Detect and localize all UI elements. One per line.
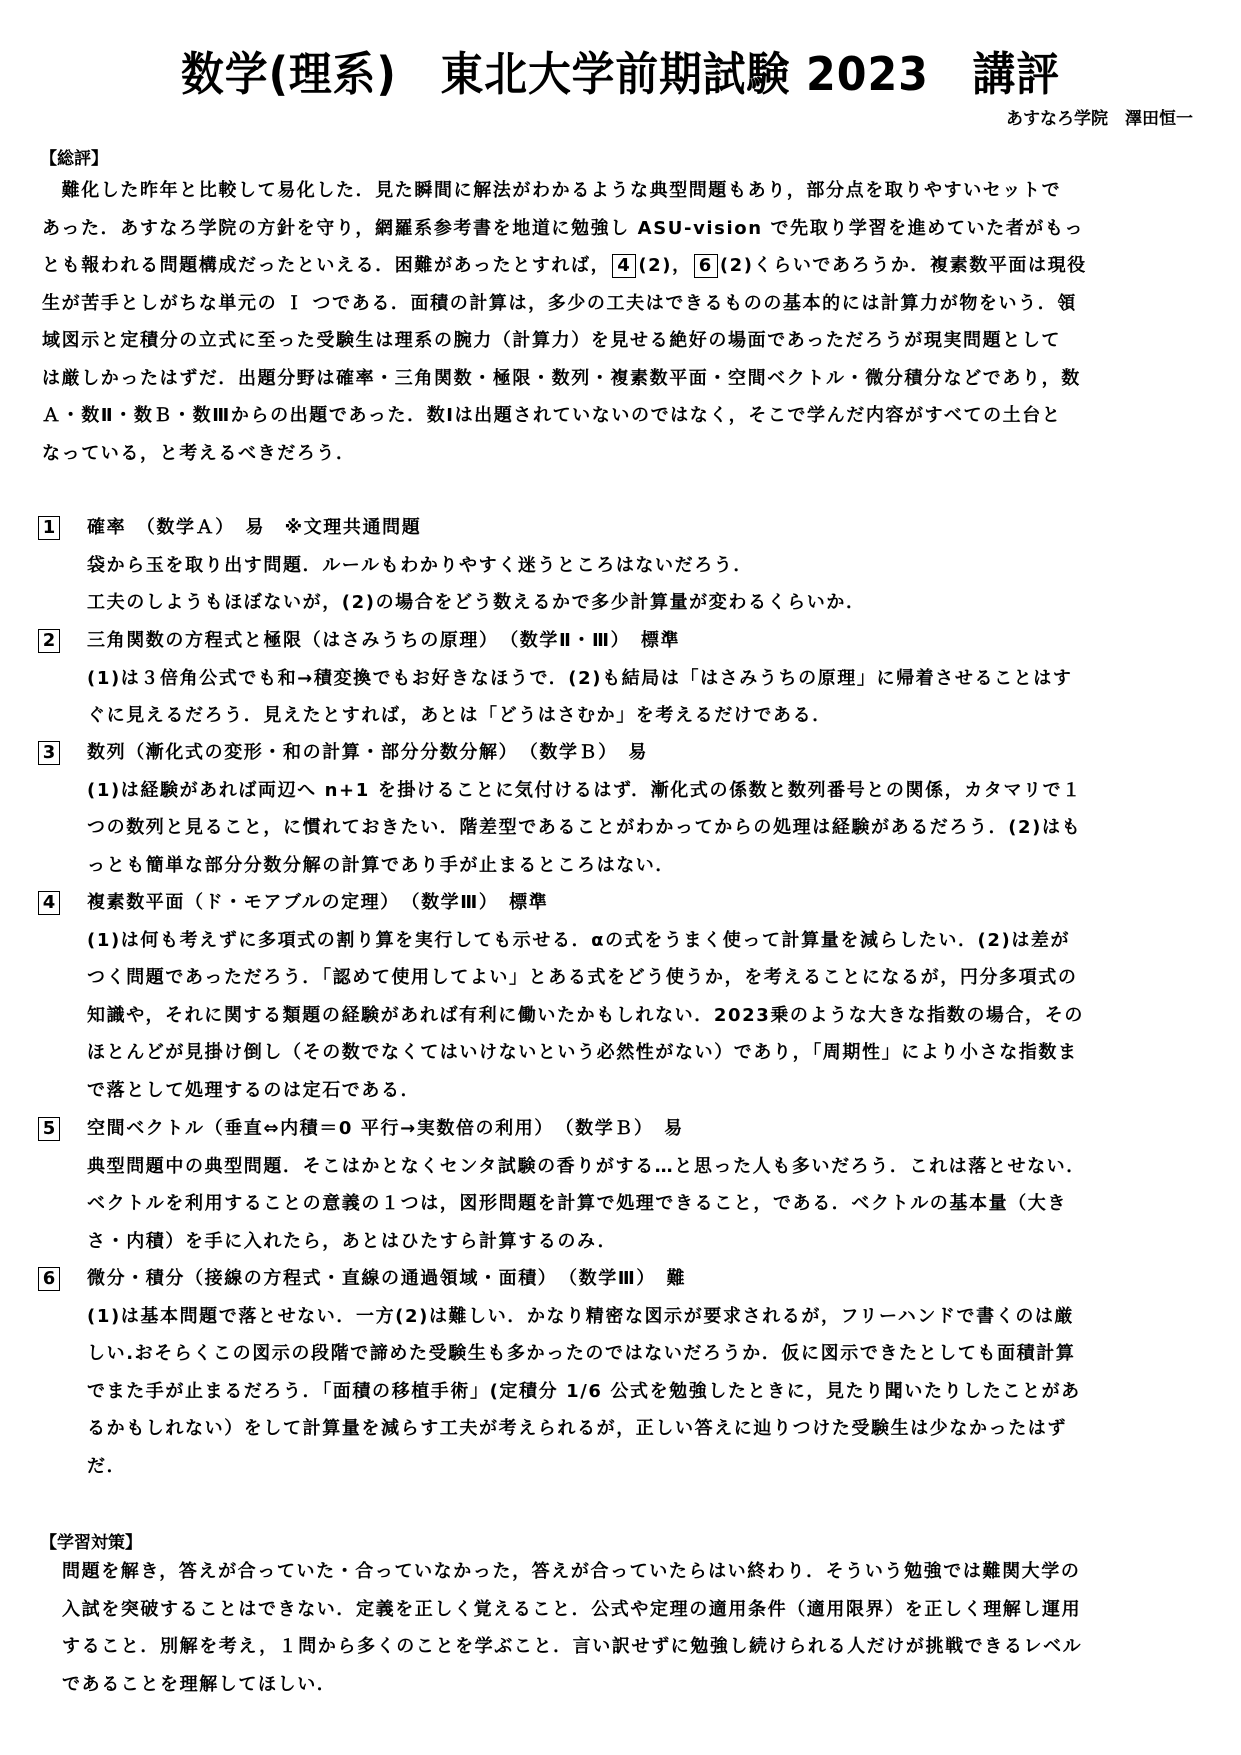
overview-line: とも報われる問題構成だったといえる．困難があったとすれば，4(2)，6(2)くら… — [42, 247, 1222, 285]
problem-body-line: つく問題であっただろう．「認めて使用してよい」とある式をどう使うか，を考えること… — [87, 959, 1208, 997]
problem-body-line: だ． — [87, 1448, 1208, 1486]
problem-body-line: 典型問題中の典型問題．そこはかとなくセンタ試験の香りがする…と思った人も多いだろ… — [87, 1148, 1208, 1186]
problem-body-line: ぐに見えるだろう．見えたとすれば，あとは「どうはさむか」を考えるだけである． — [87, 697, 1208, 735]
problem-body-line: (1)は基本問題で落とせない．一方(2)は難しい．かなり精密な図示が要求されるが… — [87, 1298, 1208, 1336]
problem-title: 確率 （数学Ａ） 易 ※文理共通問題 — [87, 509, 421, 547]
problem-body-line: (1)は３倍角公式でも和→積変換でもお好きなほうで．(2)も結局は「はさみうちの… — [87, 660, 1208, 698]
study-heading: 【学習対策】 — [40, 1528, 142, 1553]
problem-title: 微分・積分（接線の方程式・直線の通過領域・面積） （数学Ⅲ） 難 — [87, 1260, 686, 1298]
problem-number-box: 3 — [38, 741, 60, 765]
problem-ref-box: 6 — [694, 254, 718, 278]
overview-line: は厳しかったはずだ．出題分野は確率・三角関数・極限・数列・複素数平面・空間ベクト… — [42, 360, 1222, 398]
overview-line: 生が苦手としがちな単元の Ｉ つである．面積の計算は，多少の工夫はできるものの基… — [42, 285, 1222, 323]
problem-body-line: 工夫のしようもほぼないが，(2)の場合をどう数えるかで多少計算量が変わるくらいか… — [87, 584, 1208, 622]
study-line: であることを理解してほしい． — [62, 1666, 1222, 1704]
problem-title: 三角関数の方程式と極限（はさみうちの原理） （数学Ⅱ・Ⅲ） 標準 — [87, 622, 680, 660]
overview-line: 難化した昨年と比較して易化した．見た瞬間に解法がわかるような典型問題もあり，部分… — [42, 172, 1222, 210]
overview-line: 域図示と定積分の立式に至った受験生は理系の腕力（計算力）を見せる絶好の場面であっ… — [42, 322, 1222, 360]
problem-body-line: (1)は経験があれば両辺へ n+1 を掛けることに気付けるはず．漸化式の係数と数… — [87, 772, 1208, 810]
problem-body-line: っとも簡単な部分分数分解の計算であり手が止まるところはない． — [87, 847, 1208, 885]
problem-number-box: 5 — [38, 1117, 60, 1141]
problem-title: 数列（漸化式の変形・和の計算・部分分数分解） （数学Ｂ） 易 — [87, 734, 648, 772]
problem-3: 3 数列（漸化式の変形・和の計算・部分分数分解） （数学Ｂ） 易 (1)は経験が… — [38, 734, 1208, 884]
problem-4: 4 複素数平面（ド・モアブルの定理） （数学Ⅲ） 標準 (1)は何も考えずに多項… — [38, 884, 1208, 1109]
problem-body-line: しい.おそらくこの図示の段階で諦めた受験生も多かったのではないだろうか．仮に図示… — [87, 1335, 1208, 1373]
overview-line: あった．あすなろ学院の方針を守り，網羅系参考書を地道に勉強し ASU-visio… — [42, 210, 1222, 248]
problem-ref-box: 4 — [612, 254, 636, 278]
problem-body-line: ベクトルを利用することの意義の１つは，図形問題を計算で処理できること，である．ベ… — [87, 1185, 1208, 1223]
overview-heading: 【総評】 — [40, 144, 108, 169]
study-line: すること．別解を考え，１問から多くのことを学ぶこと．言い訳せずに勉強し続けられる… — [62, 1628, 1222, 1666]
problem-body-line: つの数列と見ること，に慣れておきたい．階差型であることがわかってからの処理は経験… — [87, 809, 1208, 847]
study-paragraph: 問題を解き，答えが合っていた・合っていなかった，答えが合っていたらはい終わり．そ… — [62, 1553, 1222, 1703]
problem-body-line: (1)は何も考えずに多項式の割り算を実行しても示せる．αの式をうまく使って計算量… — [87, 922, 1208, 960]
overview-line: Ａ・数Ⅱ・数Ｂ・数Ⅲからの出題であった．数Ⅰは出題されていないのではなく，そこで… — [42, 397, 1222, 435]
author-credit: あすなろ学院 澤田恒一 — [1006, 104, 1193, 129]
problem-title: 複素数平面（ド・モアブルの定理） （数学Ⅲ） 標準 — [87, 884, 548, 922]
problem-body-line: るかもしれない）をして計算量を減らす工夫が考えられるが，正しい答えに辿りつけた受… — [87, 1410, 1208, 1448]
problem-number-box: 1 — [38, 516, 60, 540]
problem-number-box: 6 — [38, 1267, 60, 1291]
problem-6: 6 微分・積分（接線の方程式・直線の通過領域・面積） （数学Ⅲ） 難 (1)は基… — [38, 1260, 1208, 1485]
problem-2: 2 三角関数の方程式と極限（はさみうちの原理） （数学Ⅱ・Ⅲ） 標準 (1)は３… — [38, 622, 1208, 735]
problem-number-box: 2 — [38, 629, 60, 653]
problem-body-line: さ・内積）を手に入れたら，あとはひたすら計算するのみ． — [87, 1223, 1208, 1261]
page-title: 数学(理系) 東北大学前期試験 2023 講評 — [43, 38, 1197, 104]
problem-1: 1 確率 （数学Ａ） 易 ※文理共通問題 袋から玉を取り出す問題．ルールもわかり… — [38, 509, 1208, 622]
overview-paragraph: 難化した昨年と比較して易化した．見た瞬間に解法がわかるような典型問題もあり，部分… — [42, 172, 1222, 472]
problem-body-line: ほとんどが見掛け倒し（その数でなくてはいけないという必然性がない）であり，「周期… — [87, 1034, 1208, 1072]
problem-number-box: 4 — [38, 891, 60, 915]
problem-body-line: で落として処理するのは定石である． — [87, 1072, 1208, 1110]
study-line: 問題を解き，答えが合っていた・合っていなかった，答えが合っていたらはい終わり．そ… — [62, 1553, 1222, 1591]
problem-body-line: でまた手が止まるだろう．「面積の移植手術」(定積分 1/6 公式を勉強したときに… — [87, 1373, 1208, 1411]
problem-title: 空間ベクトル（垂直⇔内積＝0 平行→実数倍の利用） （数学Ｂ） 易 — [87, 1110, 684, 1148]
overview-line: なっている，と考えるべきだろう． — [42, 435, 1222, 473]
problem-body-line: 袋から玉を取り出す問題．ルールもわかりやすく迷うところはないだろう． — [87, 547, 1208, 585]
problem-5: 5 空間ベクトル（垂直⇔内積＝0 平行→実数倍の利用） （数学Ｂ） 易 典型問題… — [38, 1110, 1208, 1260]
study-line: 入試を突破することはできない．定義を正しく覚えること．公式や定理の適用条件（適用… — [62, 1591, 1222, 1629]
problem-body-line: 知識や，それに関する類題の経験があれば有利に働いたかもしれない．2023乗のよう… — [87, 997, 1208, 1035]
